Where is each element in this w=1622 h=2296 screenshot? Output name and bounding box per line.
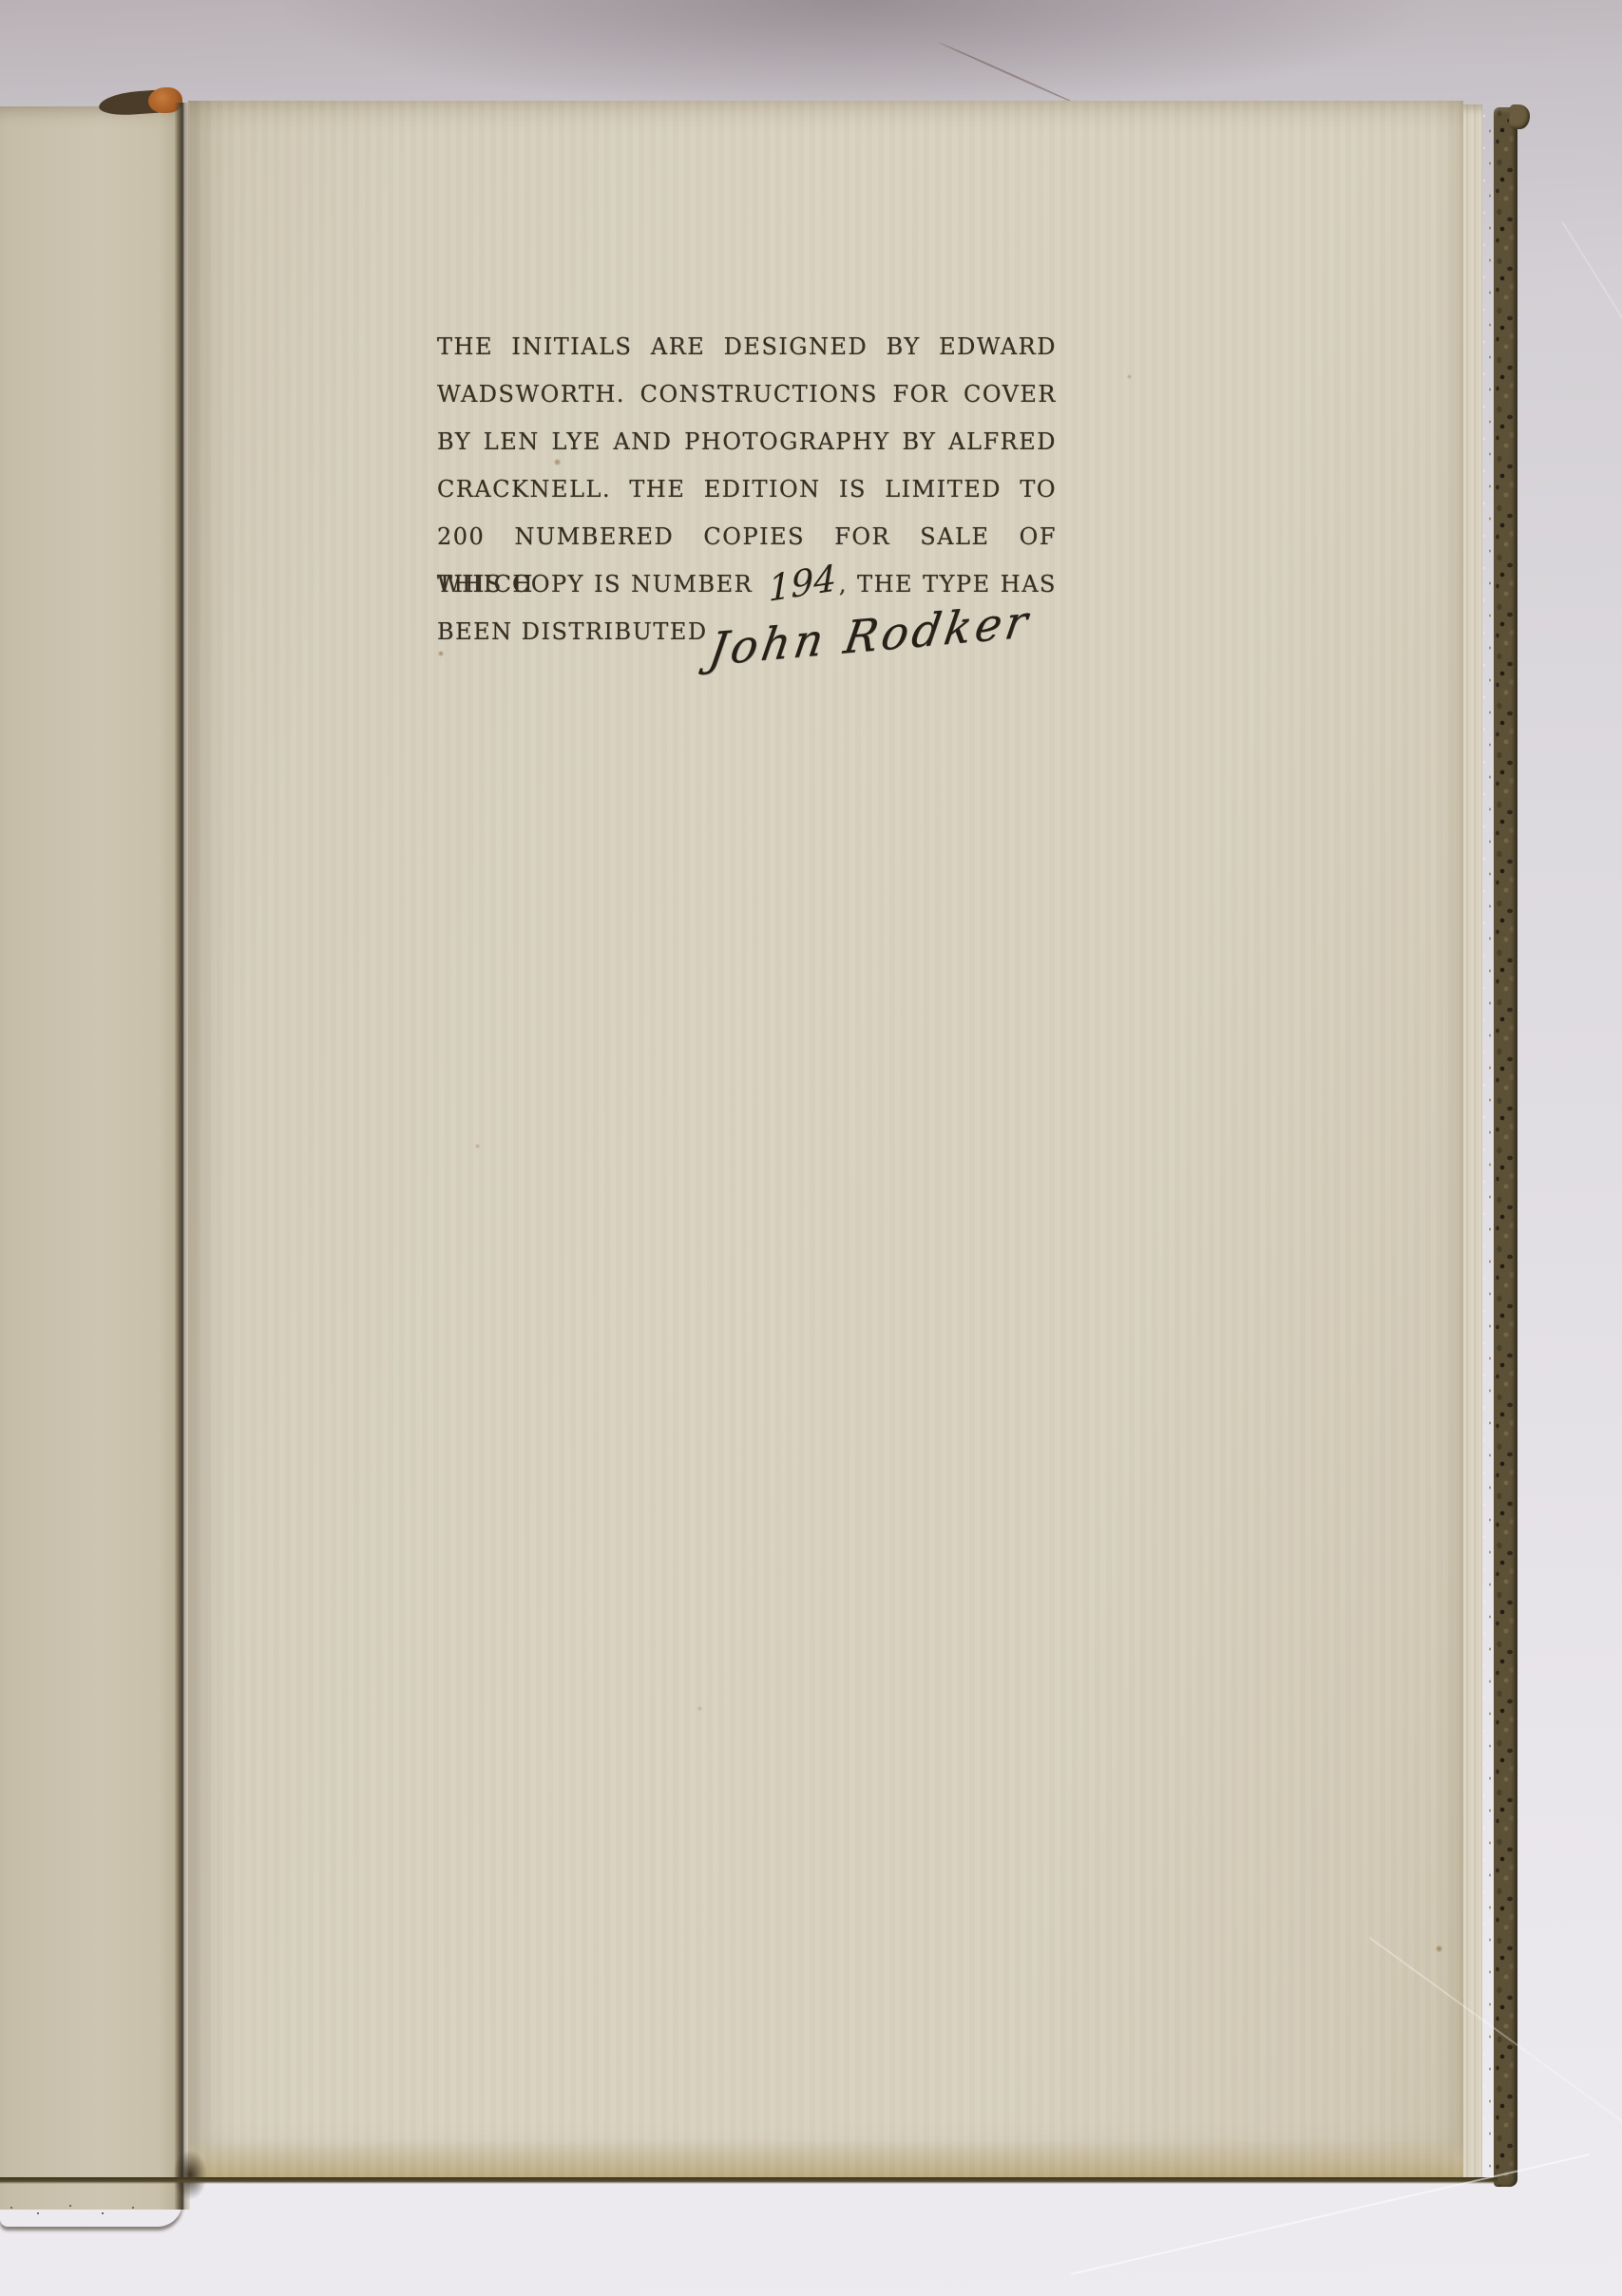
- handwritten-copy-number: 194: [769, 566, 837, 600]
- left-page-deckle-edge: [0, 2185, 182, 2227]
- book-bottom-shadow: [0, 2177, 1498, 2184]
- left-page: [0, 106, 181, 2210]
- foxing-spot: [1436, 1945, 1442, 1952]
- gutter-crease: [175, 103, 190, 2210]
- colophon-line-6-suffix: , THE TYPE HAS: [839, 571, 1057, 598]
- colophon-line-3: BY LEN LYE AND PHOTOGRAPHY BY ALFRED: [437, 418, 1057, 465]
- marbled-board-corner: [1509, 104, 1530, 129]
- colophon-line-1: THE INITIALS ARE DESIGNED BY EDWARD: [437, 323, 1057, 370]
- page-bottom-deckle: [188, 2139, 1463, 2180]
- surface-scratch: [1561, 221, 1622, 408]
- foxing-spot: [1127, 374, 1132, 379]
- colophon-page: THE INITIALS ARE DESIGNED BY EDWARD WADS…: [188, 101, 1463, 2180]
- colophon-line-7: BEEN DISTRIBUTED: [437, 608, 1057, 655]
- marbled-board-edge: [1494, 107, 1517, 2187]
- foxing-spot: [438, 651, 444, 656]
- foxing-spot: [475, 1144, 480, 1148]
- colophon-line-2: WADSWORTH. CONSTRUCTIONS FOR COVER: [437, 370, 1057, 418]
- colophon-line-5: 200 NUMBERED COPIES FOR SALE OF WHICH: [437, 513, 1057, 560]
- book-colophon-photo: THE INITIALS ARE DESIGNED BY EDWARD WADS…: [0, 0, 1622, 2296]
- foxing-spot: [554, 459, 561, 465]
- fore-edge-page-stack: [1463, 104, 1482, 2179]
- colophon-line-6-prefix: THIS COPY IS NUMBER: [437, 571, 753, 598]
- publisher-signature: John Rodker: [705, 596, 1035, 677]
- limitation-statement: THE INITIALS ARE DESIGNED BY EDWARD WADS…: [437, 323, 1057, 655]
- colophon-line-4: CRACKNELL. THE EDITION IS LIMITED TO: [437, 465, 1057, 513]
- foxing-spot: [697, 1706, 702, 1711]
- colophon-line-6: THIS COPY IS NUMBER 194, THE TYPE HAS: [437, 560, 1057, 608]
